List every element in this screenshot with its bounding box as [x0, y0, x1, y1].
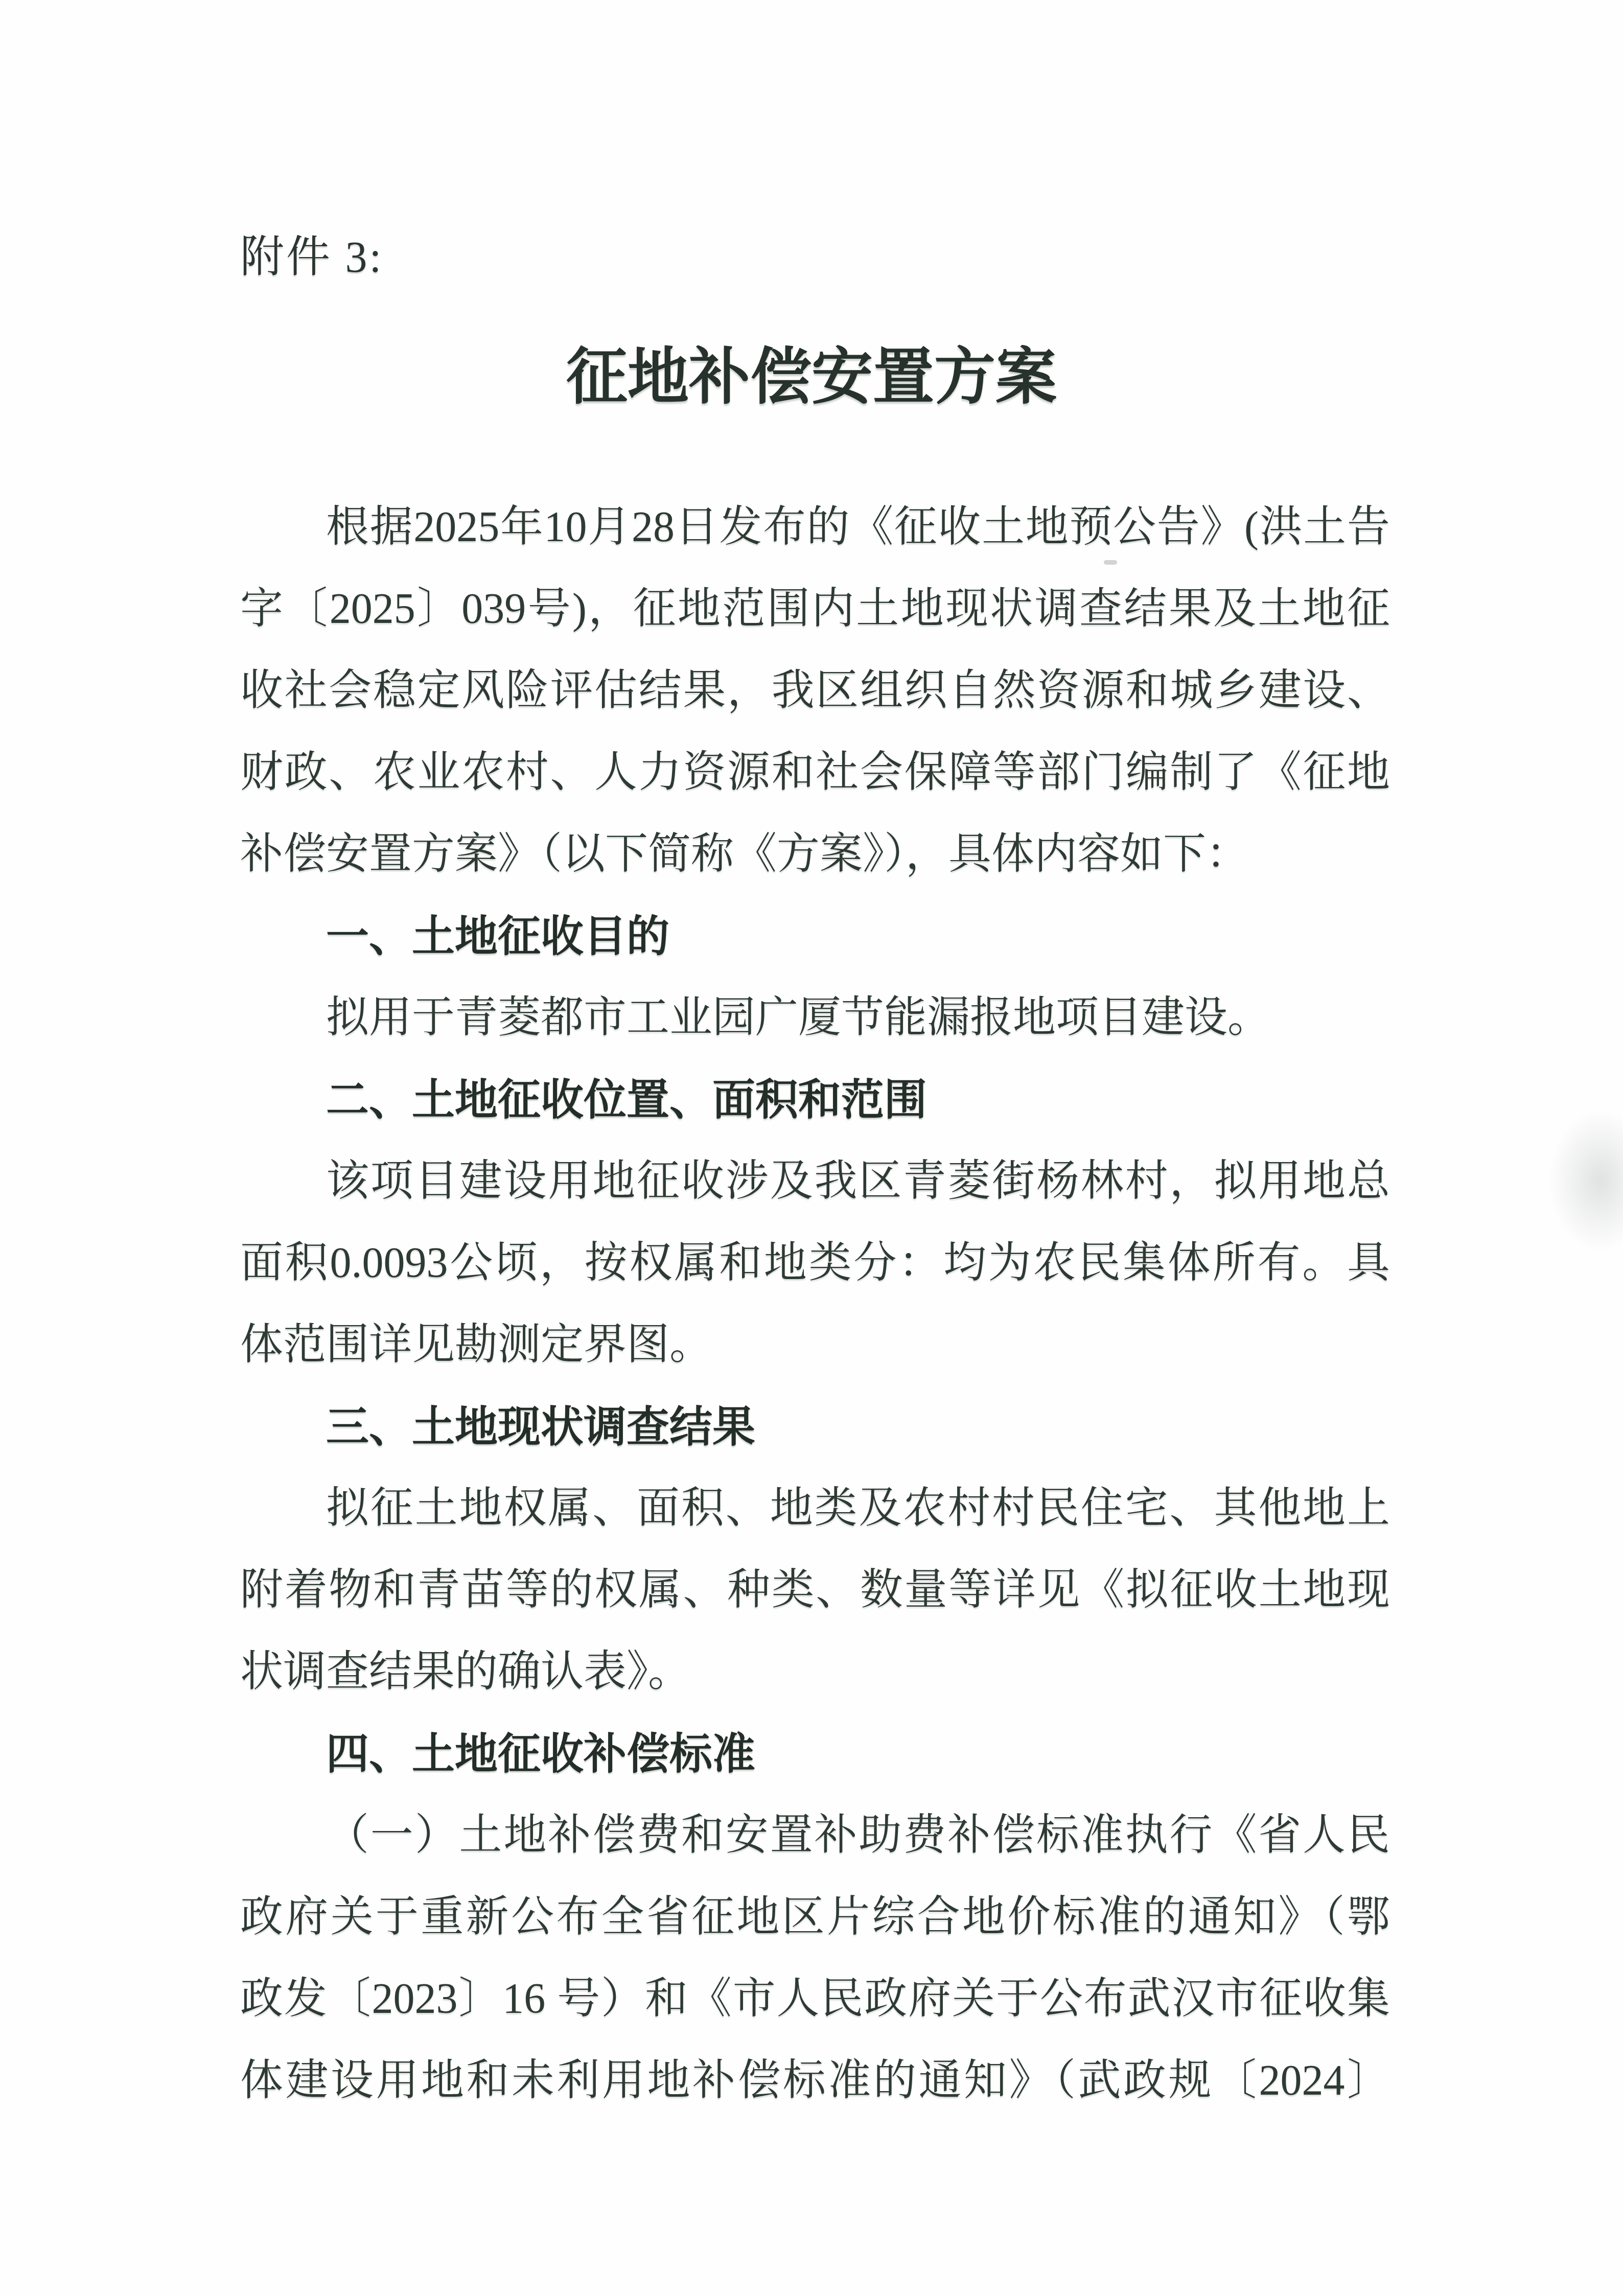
attachment-label: 附件 3: [240, 229, 383, 285]
body-line: 收社会稳定风险评估结果，我区组织自然资源和城乡建设、 [240, 650, 1390, 732]
body-line: 体范围详见勘测定界图。 [240, 1304, 1390, 1386]
body-line: 字〔2025〕039号)，征地范围内土地现状调查结果及土地征 [240, 568, 1390, 650]
section-heading: 四、土地征收补偿标准 [240, 1713, 1390, 1795]
document-page: 附件 3: 征地补偿安置方案 根据2025年10月28日发布的《征收土地预公告》… [0, 0, 1623, 2296]
body-line: 拟征土地权属、面积、地类及农村村民住宅、其他地上 [240, 1468, 1390, 1549]
section-heading: 三、土地现状调查结果 [240, 1386, 1390, 1468]
document-body: 根据2025年10月28日发布的《征收土地预公告》(洪土告字〔2025〕039号… [240, 486, 1390, 2122]
body-line: 补偿安置方案》（以下简称《方案》），具体内容如下： [240, 814, 1390, 895]
body-line: 政发〔2023〕16 号）和《市人民政府关于公布武汉市征收集 [240, 1958, 1390, 2040]
body-line: 状调查结果的确认表》。 [240, 1631, 1390, 1713]
body-line: 面积0.0093公顷，按权属和地类分：均为农民集体所有。具 [240, 1222, 1390, 1304]
section-heading: 一、土地征收目的 [240, 895, 1390, 977]
body-line: 拟用于青菱都市工业园广厦节能漏报地项目建设。 [240, 977, 1390, 1059]
body-line: 附着物和青苗等的权属、种类、数量等详见《拟征收土地现 [240, 1549, 1390, 1631]
body-line: 政府关于重新公布全省征地区片综合地价标准的通知》（鄂 [240, 1876, 1390, 1958]
page-title: 征地补偿安置方案 [0, 339, 1623, 416]
body-line: （一）土地补偿费和安置补助费补偿标准执行《省人民 [240, 1795, 1390, 1876]
body-line: 该项目建设用地征收涉及我区青菱街杨林村，拟用地总 [240, 1141, 1390, 1222]
section-heading: 二、土地征收位置、面积和范围 [240, 1059, 1390, 1141]
body-line: 财政、农业农村、人力资源和社会保障等部门编制了《征地 [240, 732, 1390, 814]
scan-smudge-artifact [1548, 1109, 1623, 1252]
body-line: 根据2025年10月28日发布的《征收土地预公告》(洪土告 [240, 486, 1390, 568]
body-line: 体建设用地和未利用地补偿标准的通知》（武政规〔2024〕 [240, 2040, 1390, 2122]
